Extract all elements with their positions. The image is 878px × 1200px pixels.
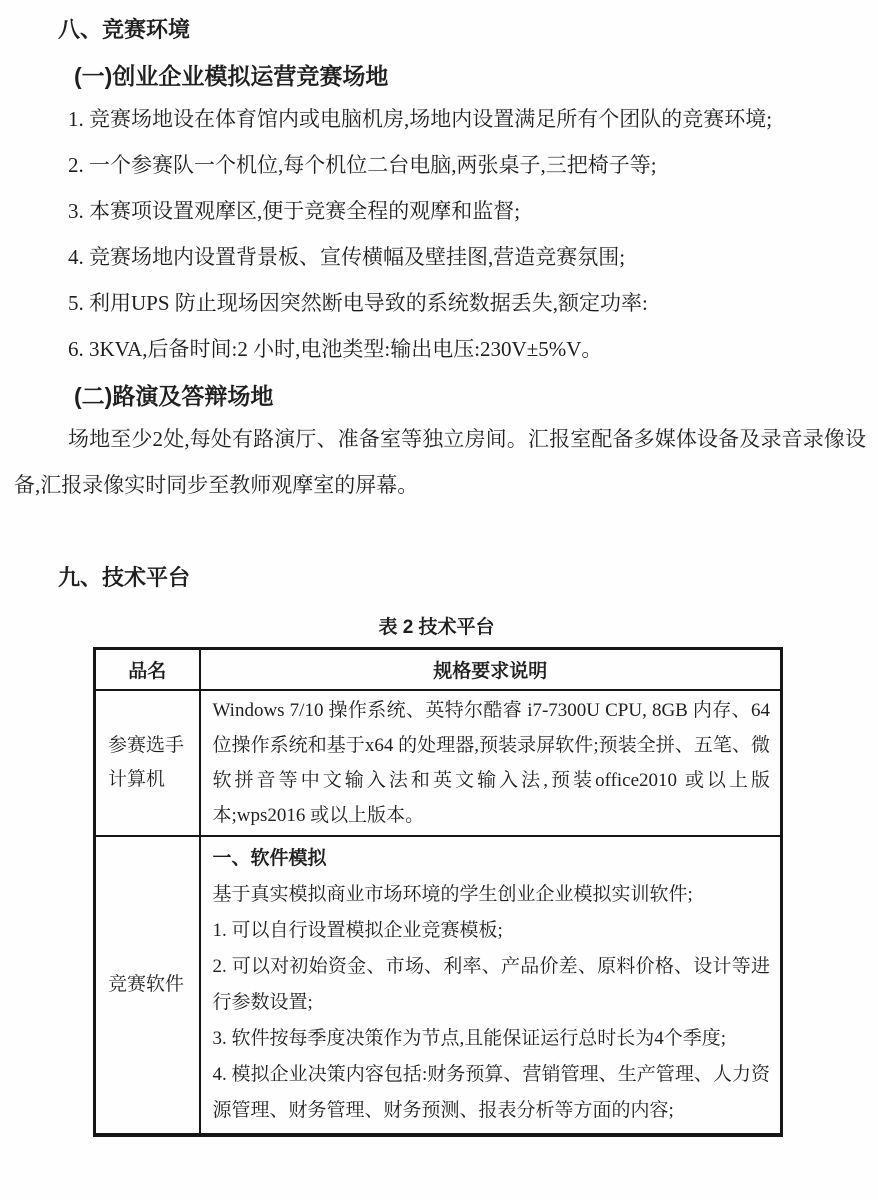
subsection-heading-roadshow: (二)路演及答辩场地: [74, 376, 866, 416]
venue-item-4: 4. 竞赛场地内设置背景板、宣传横幅及壁挂图,营造竞赛氛围;: [14, 234, 866, 280]
software-spec-cell: 一、软件模拟 基于真实模拟商业市场环境的学生创业企业模拟实训软件; 1. 可以自…: [200, 836, 782, 1135]
tech-platform-table: 品名 规格要求说明 参赛选手计算机 Windows 7/10 操作系统、英特尔酷…: [93, 647, 783, 1137]
table-caption: 表 2 技术平台: [93, 614, 780, 642]
software-spec-line-2: 1. 可以自行设置模拟企业竞赛模板;: [213, 913, 771, 949]
computer-name-cell: 参赛选手计算机: [95, 690, 200, 836]
software-spec-line-3: 2. 可以对初始资金、市场、利率、产品价差、原料价格、设计等进行参数设置;: [213, 949, 771, 1021]
venue-item-1: 1. 竞赛场地设在体育馆内或电脑机房,场地内设置满足所有个团队的竞赛环境;: [14, 96, 866, 142]
header-cell-spec: 规格要求说明: [200, 649, 782, 690]
software-spec-line-4: 3. 软件按每季度决策作为节点,且能保证运行总时长为4个季度;: [213, 1021, 771, 1057]
software-spec-heading: 一、软件模拟: [213, 841, 771, 877]
computer-spec-cell: Windows 7/10 操作系统、英特尔酷睿 i7-7300U CPU, 8G…: [200, 690, 782, 836]
subsection-heading-venue: (一)创业企业模拟运营竞赛场地: [74, 56, 866, 96]
header-cell-name: 品名: [95, 649, 200, 690]
table-header-row: 品名 规格要求说明: [95, 649, 782, 690]
table-row-computer: 参赛选手计算机 Windows 7/10 操作系统、英特尔酷睿 i7-7300U…: [95, 690, 782, 836]
table-row-software: 竞赛软件 一、软件模拟 基于真实模拟商业市场环境的学生创业企业模拟实训软件; 1…: [95, 836, 782, 1135]
venue-item-2: 2. 一个参赛队一个机位,每个机位二台电脑,两张桌子,三把椅子等;: [14, 142, 866, 188]
venue-item-5: 5. 利用UPS 防止现场因突然断电导致的系统数据丢失,额定功率:: [14, 280, 866, 326]
venue-item-3: 3. 本赛项设置观摩区,便于竞赛全程的观摩和监督;: [14, 188, 866, 234]
software-spec-line-1: 基于真实模拟商业市场环境的学生创业企业模拟实训软件;: [213, 877, 771, 913]
section-heading-platform: 九、技术平台: [58, 560, 866, 596]
software-name-cell: 竞赛软件: [95, 836, 200, 1135]
venue-item-6: 6. 3KVA,后备时间:2 小时,电池类型:输出电压:230V±5%V。: [14, 326, 866, 372]
document-page: 八、竞赛环境 (一)创业企业模拟运营竞赛场地 1. 竞赛场地设在体育馆内或电脑机…: [0, 0, 878, 1200]
computer-spec-text: Windows 7/10 操作系统、英特尔酷睿 i7-7300U CPU, 8G…: [213, 693, 771, 833]
software-spec-line-5: 4. 模拟企业决策内容包括:财务预算、营销管理、生产管理、人力资源管理、财务管理…: [213, 1057, 771, 1129]
roadshow-paragraph: 场地至少2处,每处有路演厅、准备室等独立房间。汇报室配备多媒体设备及录音录像设备…: [14, 416, 866, 508]
section-heading-environment: 八、竞赛环境: [58, 12, 866, 48]
